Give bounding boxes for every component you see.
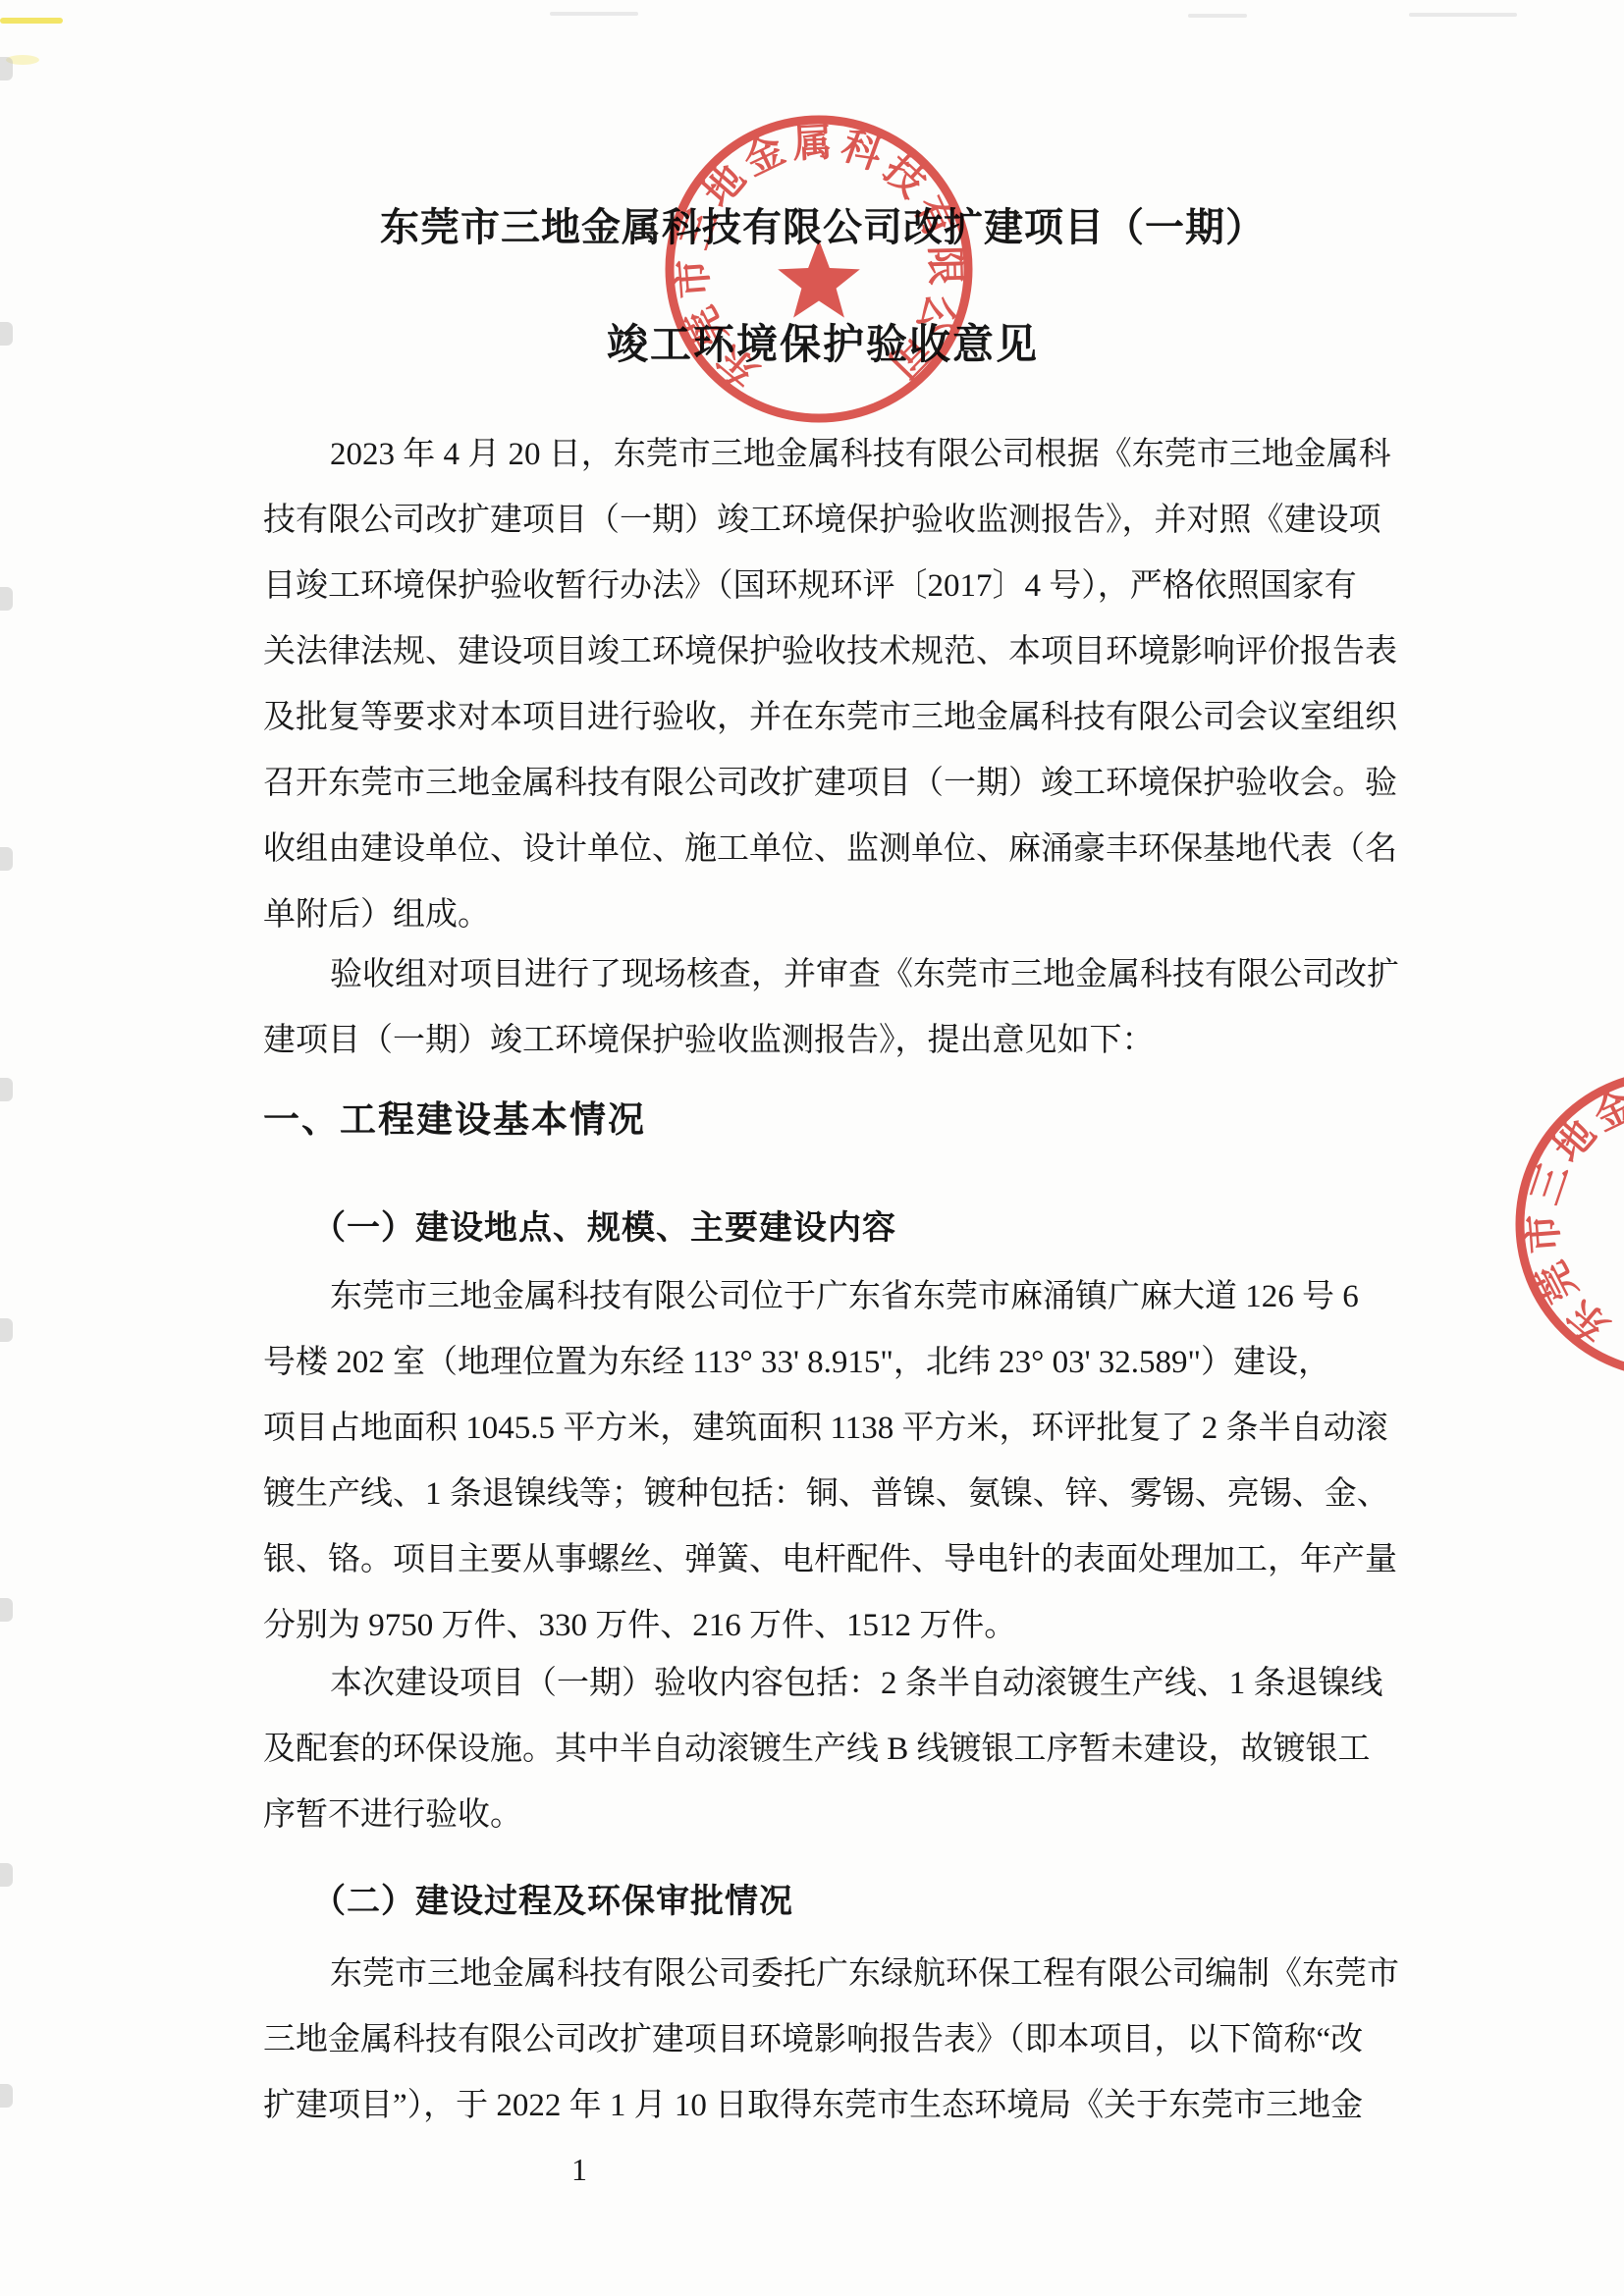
- star-icon: [778, 240, 860, 318]
- scan-artifact-edge-smudge: [0, 847, 13, 871]
- scan-artifact-fleck: [550, 12, 638, 16]
- text-line: 东莞市三地金属科技有限公司委托广东绿航环保工程有限公司编制《东莞市: [263, 1942, 1382, 2007]
- text-line: 三地金属科技有限公司改扩建项目环境影响报告表》（即本项目，以下简称“改: [263, 2007, 1382, 2073]
- text-line: 单附后）组成。: [263, 882, 1382, 948]
- paragraph-review: 验收组对项目进行了现场核查，并审查《东莞市三地金属科技有限公司改扩 建项目（一期…: [263, 942, 1382, 1074]
- text-line: 分别为 9750 万件、330 万件、216 万件、1512 万件。: [263, 1593, 1382, 1659]
- text-line: 号楼 202 室（地理位置为东经 113° 33' 8.915"，北纬 23° …: [263, 1330, 1382, 1396]
- scan-artifact-fleck: [1409, 13, 1517, 17]
- subsection-heading-1: （一）建设地点、规模、主要建设内容: [263, 1200, 1382, 1258]
- scan-artifact-yellow-dash: [0, 18, 63, 24]
- text-line: 东莞市三地金属科技有限公司位于广东省东莞市麻涌镇广麻大道 126 号 6: [263, 1264, 1382, 1330]
- text-line: 镀生产线、1 条退镍线等；镀种包括：铜、普镍、氨镍、锌、雾锡、亮锡、金、: [263, 1462, 1382, 1527]
- text-line: 目竣工环境保护验收暂行办法》（国环规环评〔2017〕4 号），严格依照国家有: [263, 554, 1382, 619]
- partial-seal-stamp: 东莞市三地金属科技有限公司: [1502, 1057, 1624, 1391]
- seal-company-text: 东莞市三地金属科技有限公司: [1520, 1075, 1624, 1350]
- subsection-heading-2: （二）建设过程及环保审批情况: [263, 1873, 1382, 1932]
- scan-artifact-edge-smudge: [0, 1598, 13, 1622]
- text-line: 技有限公司改扩建项目（一期）竣工环境保护验收监测报告》，并对照《建设项: [263, 488, 1382, 554]
- text-line: 本次建设项目（一期）验收内容包括：2 条半自动滚镀生产线、1 条退镍线: [263, 1651, 1382, 1717]
- paragraph-approval-process: 东莞市三地金属科技有限公司委托广东绿航环保工程有限公司编制《东莞市 三地金属科技…: [263, 1942, 1382, 2139]
- text-line: 扩建项目”），于 2022 年 1 月 10 日取得东莞市生态环境局《关于东莞市…: [263, 2073, 1382, 2139]
- scan-artifact-edge-smudge: [0, 322, 13, 346]
- text-line: 建项目（一期）竣工环境保护验收监测报告》，提出意见如下：: [263, 1008, 1382, 1074]
- text-line: 项目占地面积 1045.5 平方米，建筑面积 1138 平方米，环评批复了 2 …: [263, 1396, 1382, 1462]
- scan-artifact-edge-smudge: [0, 57, 13, 80]
- text-line: 银、铬。项目主要从事螺丝、弹簧、电杆配件、导电针的表面处理加工，年产量: [263, 1527, 1382, 1593]
- text-line: 验收组对项目进行了现场核查，并审查《东莞市三地金属科技有限公司改扩: [263, 942, 1382, 1008]
- company-seal-stamp: 东莞市三地金属科技有限公司: [652, 102, 986, 436]
- scan-artifact-edge-smudge: [0, 2084, 13, 2108]
- scan-artifact-edge-smudge: [0, 1863, 13, 1887]
- paragraph-acceptance-scope: 本次建设项目（一期）验收内容包括：2 条半自动滚镀生产线、1 条退镍线 及配套的…: [263, 1651, 1382, 1848]
- section-heading-1: 一、工程建设基本情况: [263, 1092, 1382, 1150]
- text-line: 及配套的环保设施。其中半自动滚镀生产线 B 线镀银工序暂未建设，故镀银工: [263, 1717, 1382, 1783]
- paragraph-location: 东莞市三地金属科技有限公司位于广东省东莞市麻涌镇广麻大道 126 号 6 号楼 …: [263, 1264, 1382, 1659]
- scan-artifact-edge-smudge: [0, 1078, 13, 1101]
- text-line: 收组由建设单位、设计单位、施工单位、监测单位、麻涌豪丰环保基地代表（名: [263, 817, 1382, 882]
- text-line: 序暂不进行验收。: [263, 1783, 1382, 1848]
- scan-artifact-fleck: [1188, 14, 1247, 18]
- scan-artifact-edge-smudge: [0, 587, 13, 611]
- page-number: 1: [550, 2152, 609, 2188]
- svg-text:东莞市三地金属科技有限公司: 东莞市三地金属科技有限公司: [1520, 1075, 1624, 1350]
- text-line: 关法律法规、建设项目竣工环境保护验收技术规范、本项目环境影响评价报告表: [263, 619, 1382, 685]
- scan-artifact-edge-smudge: [0, 1318, 13, 1342]
- paragraph-intro: 2023 年 4 月 20 日，东莞市三地金属科技有限公司根据《东莞市三地金属科…: [263, 422, 1382, 948]
- text-line: 及批复等要求对本项目进行验收，并在东莞市三地金属科技有限公司会议室组织: [263, 685, 1382, 751]
- text-line: 召开东莞市三地金属科技有限公司改扩建项目（一期）竣工环境保护验收会。验: [263, 751, 1382, 817]
- document-page: 东莞市三地金属科技有限公司改扩建项目（一期） 竣工环境保护验收意见 2023 年…: [0, 0, 1624, 2296]
